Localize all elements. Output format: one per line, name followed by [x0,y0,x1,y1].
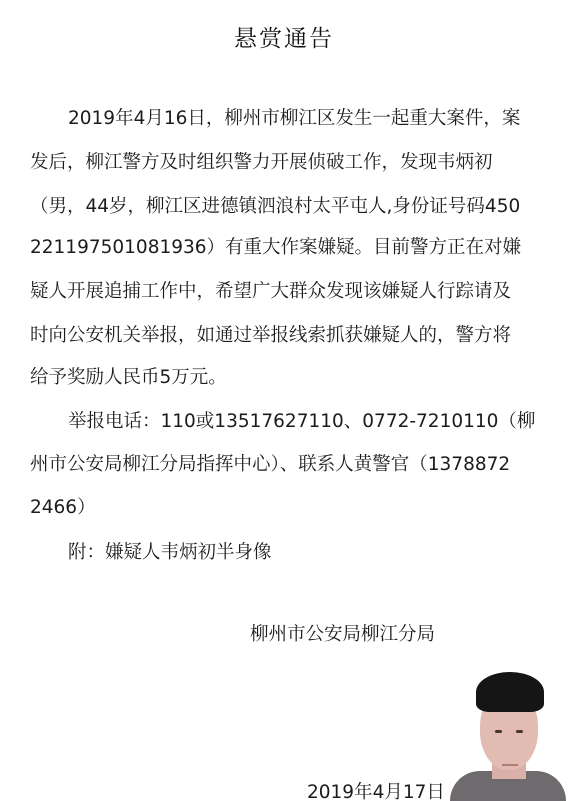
contact-line-3: 2466） [30,496,550,520]
photo-hair [476,672,544,712]
contact-line-1: 举报电话：110或13517627110、0772-7210110（柳 [68,410,568,434]
case-line-7: 给予奖励人民币5万元。 [30,366,550,390]
issue-date: 2019年4月17日 [307,778,445,801]
photo-eye-right [516,730,523,733]
attachment-note: 附：嫌疑人韦炳初半身像 [68,541,568,565]
notice-title: 悬赏通告 [0,20,568,53]
photo-eye-left [495,730,502,733]
case-line-1: 2019年4月16日，柳州市柳江区发生一起重大案件，案 [68,107,568,131]
issuing-authority: 柳州市公安局柳江分局 [250,620,435,646]
contact-line-2: 州市公安局柳江分局指挥中心）、联系人黄警官（1378872 [30,453,550,477]
case-line-3: （男，44岁，柳江区进德镇泗浪村太平屯人,身份证号码450 [30,195,550,219]
photo-mouth [502,764,518,766]
case-line-4: 221197501081936）有重大作案嫌疑。目前警方正在对嫌 [30,236,550,260]
case-line-2: 发后，柳江警方及时组织警力开展侦破工作，发现韦炳初 [30,151,550,175]
case-line-6: 时向公安机关举报，如通过举报线索抓获嫌疑人的，警方将 [30,324,550,348]
suspect-photo [450,660,566,801]
case-line-5: 疑人开展追捕工作中，希望广大群众发现该嫌疑人行踪请及 [30,280,550,304]
